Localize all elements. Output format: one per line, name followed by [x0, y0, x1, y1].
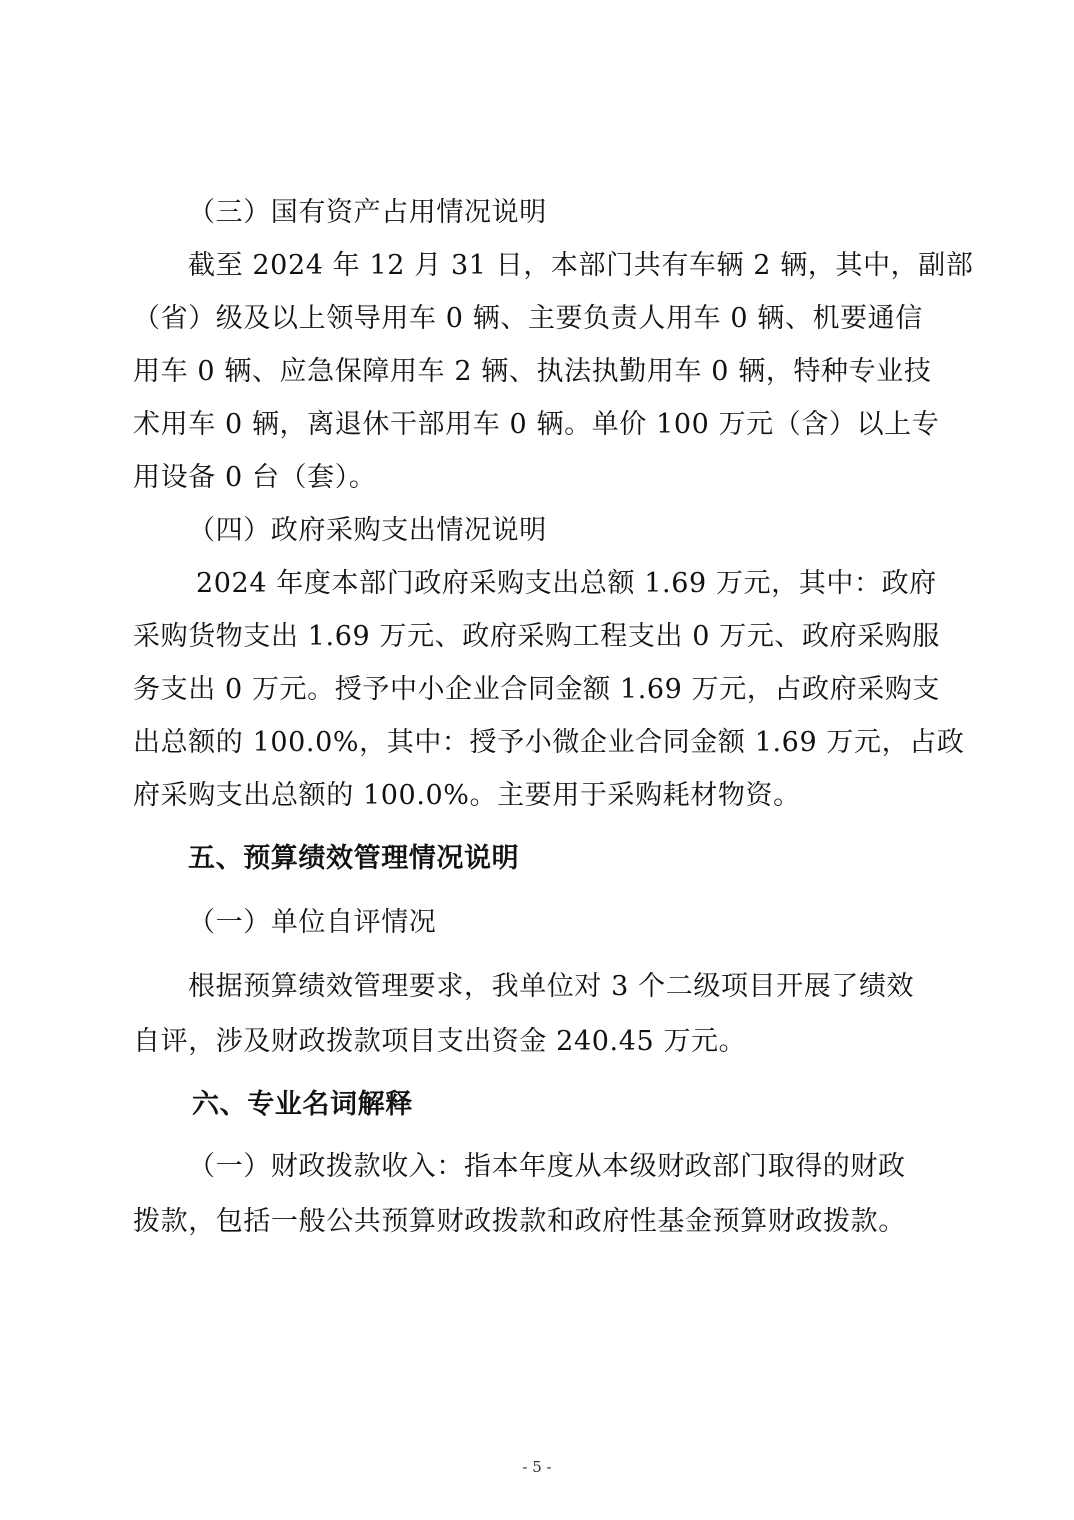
- paragraph-line: （一）财政拨款收入：指本年度从本级财政部门取得的财政: [188, 1150, 906, 1184]
- paragraph-line: 用车 0 辆、应急保障用车 2 辆、执法执勤用车 0 辆，特种专业技: [133, 355, 931, 389]
- paragraph-line: 务支出 0 万元。授予中小企业合同金额 1.69 万元，占政府采购支: [133, 673, 940, 707]
- paragraph-line: 拨款，包括一般公共预算财政拨款和政府性基金预算财政拨款。: [133, 1205, 906, 1239]
- paragraph-line: （省）级及以上领导用车 0 辆、主要负责人用车 0 辆、机要通信: [133, 302, 923, 336]
- paragraph-line: 自评，涉及财政拨款项目支出资金 240.45 万元。: [133, 1025, 746, 1059]
- section-heading: 五、预算绩效管理情况说明: [188, 842, 519, 876]
- subsection-heading: （四）政府采购支出情况说明: [188, 514, 547, 548]
- paragraph-line: 出总额的 100.0%，其中：授予小微企业合同金额 1.69 万元，占政: [133, 726, 964, 760]
- section-heading: 六、专业名词解释: [192, 1088, 413, 1122]
- paragraph-line: 术用车 0 辆，离退休干部用车 0 辆。单价 100 万元（含）以上专: [133, 408, 939, 442]
- paragraph-line: 根据预算绩效管理要求，我单位对 3 个二级项目开展了绩效: [188, 970, 914, 1004]
- paragraph-line: 用设备 0 台（套）。: [133, 461, 376, 495]
- paragraph-line: 采购货物支出 1.69 万元、政府采购工程支出 0 万元、政府采购服: [133, 620, 940, 654]
- subsection-heading: （一）单位自评情况: [188, 906, 436, 940]
- paragraph-line: 2024 年度本部门政府采购支出总额 1.69 万元，其中：政府: [196, 567, 937, 601]
- subsection-heading: （三）国有资产占用情况说明: [188, 196, 547, 230]
- paragraph-line: 府采购支出总额的 100.0%。主要用于采购耗材物资。: [133, 779, 801, 813]
- paragraph-line: 截至 2024 年 12 月 31 日，本部门共有车辆 2 辆，其中，副部: [188, 249, 973, 283]
- page-number: - 5 -: [0, 1458, 1074, 1476]
